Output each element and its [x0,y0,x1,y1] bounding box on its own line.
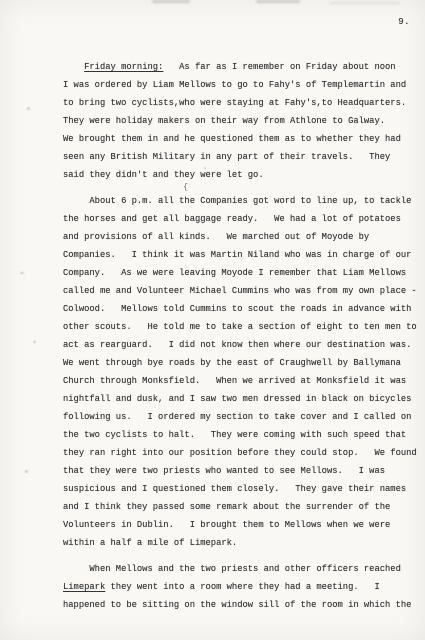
text-line: and provisions of all kinds. We marched … [63,228,419,246]
text-segment: they went into a room where they had a m… [105,582,380,592]
text-line: that they were two priests who wanted to… [63,462,419,480]
text-line: seen any British Military in any part of… [63,148,419,166]
underlined-text: Limepark [63,582,105,592]
text-line: Friday morning: As far as I remember on … [63,58,419,76]
text-line: When Mellows and the two priests and oth… [63,560,419,578]
text-line: to bring two cyclists,who were staying a… [63,94,419,112]
text-line: I was ordered by Liam Mellows to go to F… [63,76,419,94]
scan-speck [27,107,30,110]
text-line: act as rearguard. I did not know then wh… [63,336,419,354]
text-line: said they didn't and they were let go. [63,166,419,184]
text-line: other scouts. He told me to take a secti… [63,318,419,336]
text-line: Volunteers in Dublin. I brought them to … [63,516,419,534]
text-line: Companies. I think it was Martin Niland … [63,246,419,264]
scan-smudge [152,0,190,3]
text-line: Church through Monksfield. When we arriv… [63,372,419,390]
paragraph: About 6 p.m. all the Companies got word … [63,192,419,552]
scan-speck [20,272,24,274]
text-line: called me and Volunteer Michael Cummins … [63,282,419,300]
text-segment: As far as I remember on Friday about noo… [163,62,395,72]
text-line: suspicious and I questioned them closely… [63,480,419,498]
text-line: within a half a mile of Limepark. [63,534,419,552]
text-line: Limepark they went into a room where the… [63,578,419,596]
document-body: Friday morning: As far as I remember on … [63,58,419,614]
paragraph: When Mellows and the two priests and oth… [63,560,419,614]
text-line: the horses and get all baggage ready. We… [63,210,419,228]
scan-smudge [256,0,300,3]
text-line: Company. As we were leaving Moyode I rem… [63,264,419,282]
text-line: They were holiday makers on their way fr… [63,112,419,130]
scan-speck [25,470,28,473]
text-line: following us. I ordered my section to ta… [63,408,419,426]
scan-smudge [330,2,400,4]
text-line: About 6 p.m. all the Companies got word … [63,192,419,210]
scan-speck [33,341,36,343]
underlined-text: Friday morning: [84,62,163,72]
text-line: the two cyclists to halt. They were comi… [63,426,419,444]
text-line: We brought them in and he questioned the… [63,130,419,148]
text-line: and I think they passed some remark abou… [63,498,419,516]
text-line: happened to be sitting on the window sil… [63,596,419,614]
text-line: nightfall and dusk, and I saw two men dr… [63,390,419,408]
page-number: 9. [398,17,410,27]
text-segment [63,62,84,72]
paragraph: Friday morning: As far as I remember on … [63,58,419,184]
text-line: they ran right into our position before … [63,444,419,462]
text-line: Colwood. Mellows told Cummins to scout t… [63,300,419,318]
text-line: We went through bye roads by the east of… [63,354,419,372]
